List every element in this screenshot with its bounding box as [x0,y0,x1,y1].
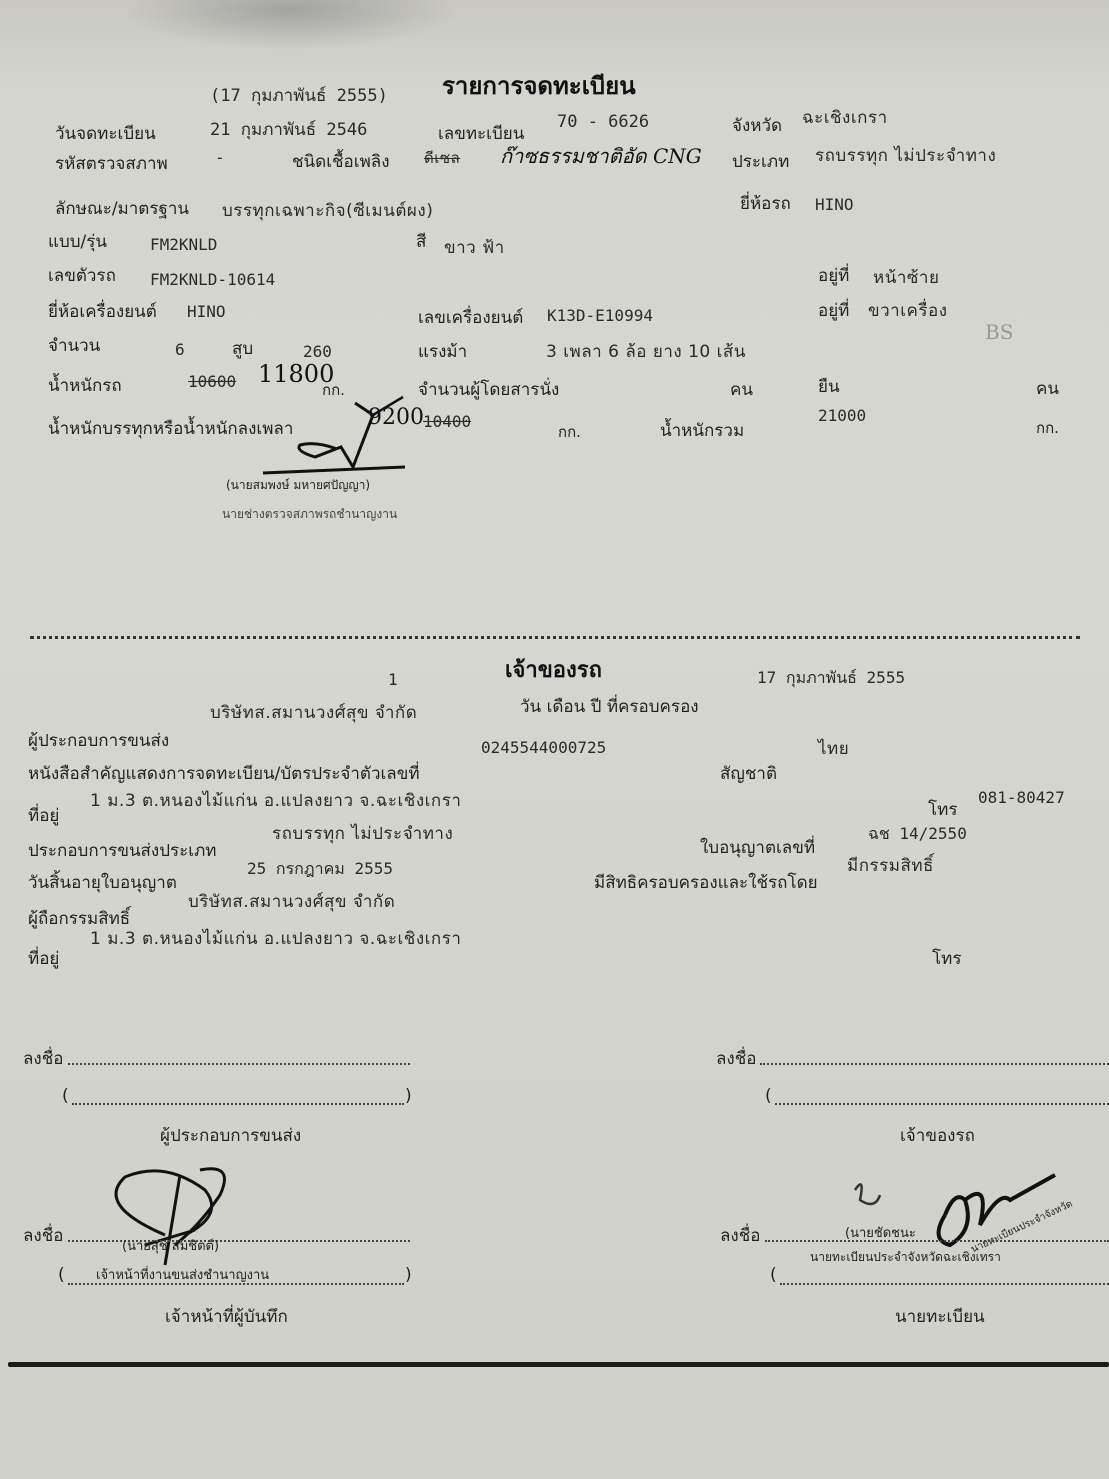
operation-type-value: รถบรรทุก ไม่ประจำทาง [272,820,453,847]
rights-value: มีกรรมสิทธิ์ [847,852,934,879]
open-paren: ( [770,1265,777,1285]
svg-text:นายทะเบียนประจำจังหวัด: นายทะเบียนประจำจังหวัด [969,1198,1074,1256]
count-label: จำนวน [48,332,100,359]
operator-name: บริษัทส.สมานวงศ์สุข จำกัด [210,699,417,726]
owner-sequence: 1 [388,670,398,689]
holder-phone-label: โทร [932,945,961,972]
operator-name-line[interactable] [72,1103,404,1105]
registrar-sign-line[interactable] [765,1240,1109,1242]
engine-location-value: ขวาเครื่อง [868,297,948,324]
possession-date-label: วัน เดือน ปี ที่ครอบครอง [520,693,699,720]
registrar-role-caption: นายทะเบียน [895,1303,985,1330]
chassis-location-label: อยู่ที่ [818,262,849,289]
inspector-position: นายช่างตรวจสภาพรถชำนาญงาน [222,505,397,524]
photo-shadow [120,0,460,50]
color-value: ขาว ฟ้า [444,234,505,261]
load-unit: กก. [558,420,581,444]
nationality-label: สัญชาติ [720,760,777,787]
axles-value: 3 เพลา 6 ล้อ ยาง 10 เส้น [546,338,746,365]
gross-weight-unit: กก. [1036,416,1059,440]
print-date: (17 กุมภาพันธ์ 2555) [210,82,388,109]
operator-label: ผู้ประกอบการขนส่ง [28,727,169,754]
gross-weight-label: น้ำหนักรวม [660,417,744,444]
fuel-label: ชนิดเชื้อเพลิง [292,148,390,175]
province-label: จังหวัด [732,112,782,139]
cylinders-unit: สูบ [232,335,253,362]
owner-role-caption: เจ้าของรถ [900,1122,975,1149]
license-expiry-label: วันสิ้นอายุใบอนุญาต [28,869,177,896]
standing-unit: คน [1036,375,1059,402]
open-paren: ( [58,1265,65,1285]
owner-section-title: เจ้าของรถ [505,652,602,687]
model-value: FM2KNLD [150,235,217,254]
brand-label: ยี่ห้อรถ [740,190,791,217]
recorder-name: (นายสุช สมชิตต์) [122,1235,219,1256]
perforation-line [30,636,1080,639]
seated-label: จำนวนผู้โดยสารนั่ง [418,376,559,403]
engine-location-label: อยู่ที่ [818,297,849,324]
cylinders-value: 6 [175,340,185,359]
inspector-signature [255,395,415,475]
weight-struck-value: 10600 [188,372,236,391]
registrar-name-line[interactable] [780,1283,1109,1285]
registration-id-label: หนังสือสำคัญแสดงการจดทะเบียน/บัตรประจำตั… [28,760,420,787]
address-label: ที่อยู่ [28,802,59,829]
recorder-sign-label: ลงชื่อ [23,1222,63,1249]
style-value: บรรทุกเฉพาะกิจ(ซีเมนต์ผง) [222,197,433,224]
recorder-role-caption: เจ้าหน้าที่ผู้บันทึก [165,1303,288,1330]
owner-sign-line[interactable] [760,1063,1109,1065]
registrar-sign-label: ลงชื่อ [720,1222,760,1249]
registrar-name: (นายชัดชนะ [845,1222,916,1243]
province-value: ฉะเชิงเกรา [802,104,888,131]
reg-date-label: วันจดทะเบียน [55,120,156,147]
recorder-position: เจ้าหน้าที่งานขนส่งชำนาญงาน [96,1264,269,1285]
weight-label: น้ำหนักรถ [48,372,122,399]
type-label: ประเภท [732,148,789,175]
fuel-struck-value: ดีเซล [424,146,460,170]
phone-value: 081-80427 [978,788,1065,807]
engine-brand-label: ยี่ห้อเครื่องยนต์ [48,298,157,325]
holder-address-value: 1 ม.3 ต.หนองไม้แก่น อ.แปลงยาว จ.ฉะเชิงเก… [90,925,461,952]
style-label: ลักษณะ/มาตรฐาน [55,195,189,222]
inspector-name: (นายสมพงษ์ มหายศปัญญา) [226,476,370,495]
close-paren: ) [405,1086,412,1106]
nationality-value: ไทย [818,735,849,762]
phone-label: โทร [928,796,957,823]
document-title: รายการจดทะเบียน [442,66,636,105]
chassis-location-value: หน้าซ้าย [873,264,939,291]
standing-label: ยืน [818,373,840,400]
owner-name-line[interactable] [775,1103,1109,1105]
possession-date: 17 กุมภาพันธ์ 2555 [757,666,905,691]
reg-date-value: 21 กุมภาพันธ์ 2546 [210,116,367,143]
chassis-value: FM2KNLD-10614 [150,270,275,289]
engine-number-value: K13D-E10994 [547,306,653,325]
chassis-label: เลขตัวรถ [48,262,116,289]
holder-address-label: ที่อยู่ [28,945,59,972]
operator-role-caption: ผู้ประกอบการขนส่ง [160,1122,301,1149]
engine-brand-value: HINO [187,302,226,321]
holder-name: บริษัทส.สมานวงศ์สุข จำกัด [188,888,395,915]
operator-sign-label: ลงชื่อ [23,1045,63,1072]
cc-value: 260 [303,342,332,361]
gross-weight-value: 21000 [818,406,866,425]
close-paren: ) [405,1265,412,1285]
open-paren: ( [62,1086,69,1106]
load-struck-value: 10400 [423,412,471,431]
operation-type-label: ประกอบการขนส่งประเภท [28,837,217,864]
seated-unit: คน [730,376,753,403]
license-number-value: ฉช 14/2550 [868,822,967,847]
brand-value: HINO [815,195,854,214]
fuel-handwritten-value: ก๊าซธรรมชาติอัด CNG [500,140,702,172]
inspection-code-label: รหัสตรวจสภาพ [55,150,168,177]
recorder-signature [105,1165,255,1275]
rights-label: มีสิทธิครอบครองและใช้รถโดย [594,869,818,896]
recorder-sign-line[interactable] [68,1240,410,1242]
registration-id-value: 0245544000725 [481,738,606,757]
address-value: 1 ม.3 ต.หนองไม้แก่น อ.แปลงยาว จ.ฉะเชิงเก… [90,787,461,814]
open-paren: ( [765,1086,772,1106]
horsepower-label: แรงม้า [418,338,467,365]
operator-sign-line[interactable] [68,1063,410,1065]
type-value: รถบรรทุก ไม่ประจำทาง [815,142,996,169]
bottom-rule [8,1362,1109,1367]
color-label: สี [416,228,426,255]
registrar-position: นายทะเบียนประจำจังหวัดฉะเชิงเทรา [810,1248,1001,1267]
plate-value: 70 - 6626 [557,112,649,132]
owner-sign-label: ลงชื่อ [716,1045,756,1072]
inspection-code-value: - [215,148,225,167]
license-number-label: ใบอนุญาตเลขที่ [700,834,815,861]
license-expiry-value: 25 กรกฎาคม 2555 [247,857,393,882]
model-label: แบบ/รุ่น [48,228,107,255]
handwritten-note: BS [985,320,1013,344]
engine-number-label: เลขเครื่องยนต์ [418,304,523,331]
